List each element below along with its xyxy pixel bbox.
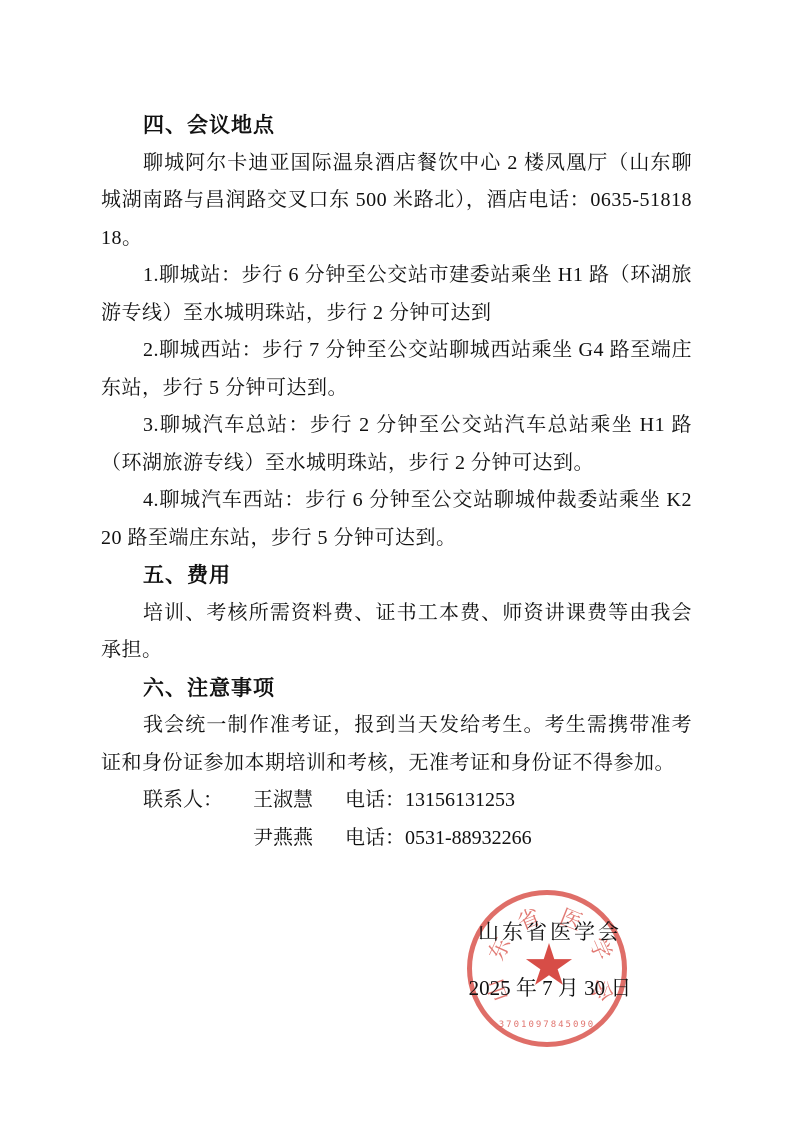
paragraph-route-bus-terminal: 3.聊城汽车总站：步行 2 分钟至公交站汽车总站乘坐 H1 路（环湖旅游专线）至… (101, 407, 692, 482)
contact-name-1: 王淑慧 (253, 782, 345, 820)
contact-label: 联系人： (143, 782, 253, 820)
section-heading-notes: 六、注意事项 (101, 670, 692, 708)
paragraph-route-liaocheng-west-station: 2.聊城西站：步行 7 分钟至公交站聊城西站乘坐 G4 路至端庄东站，步行 5 … (101, 332, 692, 407)
contact-phone-label-2: 电话： (345, 827, 405, 849)
contact-phone-number-1: 13156131253 (405, 789, 515, 811)
paragraph-route-liaocheng-station: 1.聊城站：步行 6 分钟至公交站市建委站乘坐 H1 路（环湖旅游专线）至水城明… (101, 257, 692, 332)
seal-code: 3701097845090 (472, 1020, 622, 1030)
contact-phone-label-1: 电话： (345, 789, 405, 811)
contact-name-2: 尹燕燕 (253, 820, 345, 858)
contact-row-2: 尹燕燕电话：0531-88932266 (101, 820, 692, 858)
contact-phone-2: 电话：0531-88932266 (345, 820, 532, 858)
paragraph-hotel-address: 聊城阿尔卡迪亚国际温泉酒店餐饮中心 2 楼凤凰厅（山东聊城湖南路与昌润路交叉口东… (101, 145, 692, 258)
contact-phone-1: 电话：13156131253 (345, 782, 515, 820)
paragraph-fees: 培训、考核所需资料费、证书工本费、师资讲课费等由我会承担。 (101, 595, 692, 670)
signature-block: 山东省医学会 2025 年 7 月 30 日 (430, 914, 670, 1007)
section-heading-meeting-location: 四、会议地点 (101, 107, 692, 145)
section-heading-fees: 五、费用 (101, 557, 692, 595)
paragraph-route-west-bus-station: 4.聊城汽车西站：步行 6 分钟至公交站聊城仲裁委站乘坐 K220 路至端庄东站… (101, 482, 692, 557)
signature-organization: 山东省医学会 (430, 914, 670, 952)
document-body: 四、会议地点 聊城阿尔卡迪亚国际温泉酒店餐饮中心 2 楼凤凰厅（山东聊城湖南路与… (101, 107, 692, 857)
signature-date: 2025 年 7 月 30 日 (430, 970, 670, 1008)
contact-phone-number-2: 0531-88932266 (405, 827, 532, 849)
paragraph-notes: 我会统一制作准考证，报到当天发给考生。考生需携带准考证和身份证参加本期培训和考核… (101, 707, 692, 782)
document-page: 四、会议地点 聊城阿尔卡迪亚国际温泉酒店餐饮中心 2 楼凤凰厅（山东聊城湖南路与… (0, 0, 794, 1123)
contact-row-1: 联系人：王淑慧电话：13156131253 (101, 782, 692, 820)
